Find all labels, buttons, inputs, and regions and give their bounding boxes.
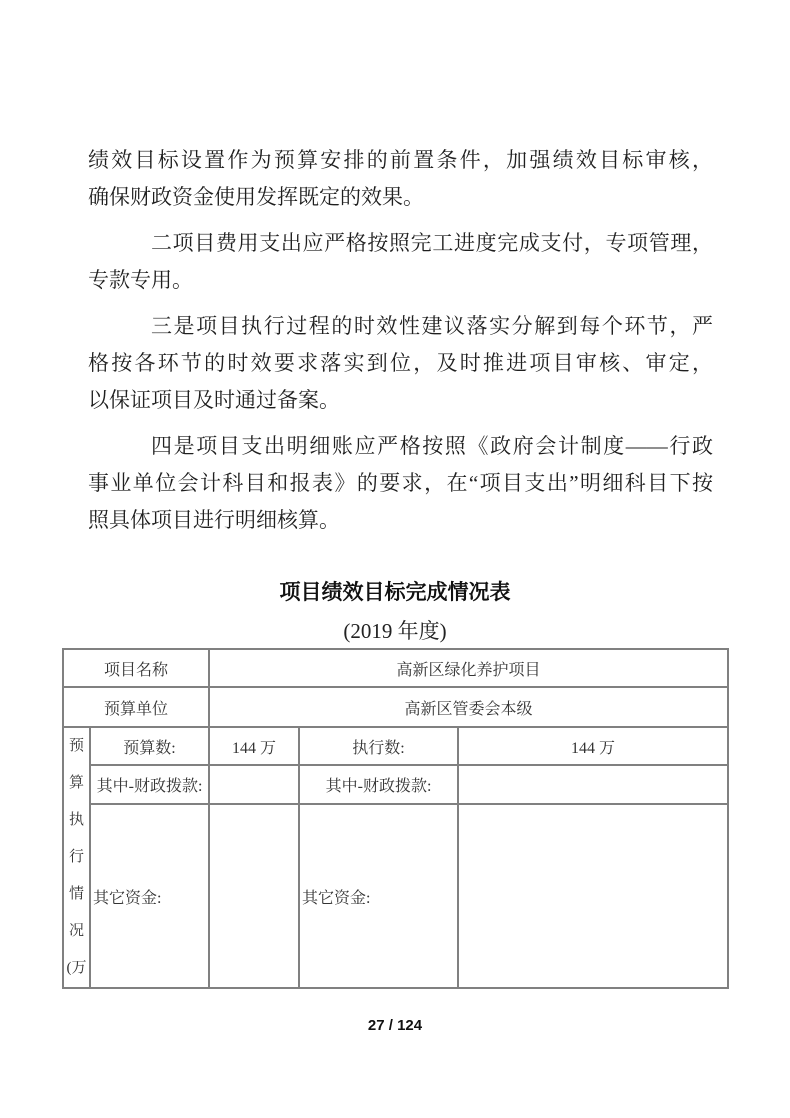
vertical-label-char: 执 xyxy=(69,813,84,828)
table-title: 项目绩效目标完成情况表 xyxy=(0,576,790,606)
project-name-value: 高新区绿化养护项目 xyxy=(209,649,728,687)
vertical-label-char: 情 xyxy=(69,887,84,902)
body-text: 绩效目标设置作为预算安排的前置条件，加强绩效目标审核， 确保财政资金使用发挥既定… xyxy=(88,142,713,539)
project-name-label: 项目名称 xyxy=(63,649,209,687)
paragraph: 绩效目标设置作为预算安排的前置条件，加强绩效目标审核， 确保财政资金使用发挥既定… xyxy=(88,142,713,216)
budget-execution-vertical-label: 预 算 执 行 情 况 (万 xyxy=(63,727,90,988)
budget-unit-label: 预算单位 xyxy=(63,687,209,727)
document-page: 绩效目标设置作为预算安排的前置条件，加强绩效目标审核， 确保财政资金使用发挥既定… xyxy=(0,0,790,1118)
text-line: 确保财政资金使用发挥既定的效果。 xyxy=(88,179,713,216)
vertical-label-char: 预 xyxy=(69,739,84,754)
vertical-label-stack: 预 算 执 行 情 况 (万 xyxy=(64,729,89,987)
text-line: 以保证项目及时通过备案。 xyxy=(88,382,713,419)
text-line: 绩效目标设置作为预算安排的前置条件，加强绩效目标审核， xyxy=(88,142,713,179)
other-funds-value-execution xyxy=(458,804,728,988)
paragraph: 三是项目执行过程的时效性建议落实分解到每个环节，严 格按各环节的时效要求落实到位… xyxy=(88,308,713,419)
other-funds-value-budget xyxy=(209,804,299,988)
paragraph: 二项目费用支出应严格按照完工进度完成支付，专项管理， 专款专用。 xyxy=(88,225,713,299)
vertical-label-char: 况 xyxy=(69,924,84,939)
table-row: 项目名称 高新区绿化养护项目 xyxy=(63,649,728,687)
budget-number-label: 预算数: xyxy=(90,727,209,765)
fiscal-allocation-label-budget: 其中-财政拨款: xyxy=(90,765,209,804)
table-row: 预算单位 高新区管委会本级 xyxy=(63,687,728,727)
paragraph: 四是项目支出明细账应严格按照《政府会计制度——行政 事业单位会计科目和报表》的要… xyxy=(88,428,713,539)
execution-number-value: 144 万 xyxy=(458,727,728,765)
performance-table: 项目名称 高新区绿化养护项目 预算单位 高新区管委会本级 预 算 执 行 情 况… xyxy=(62,648,729,989)
other-funds-label-execution: 其它资金: xyxy=(299,804,458,988)
budget-unit-value: 高新区管委会本级 xyxy=(209,687,728,727)
fiscal-allocation-label-execution: 其中-财政拨款: xyxy=(299,765,458,804)
text-line: 三是项目执行过程的时效性建议落实分解到每个环节，严 xyxy=(88,308,713,345)
text-line: 四是项目支出明细账应严格按照《政府会计制度——行政 xyxy=(88,428,713,465)
table-row: 其中-财政拨款: 其中-财政拨款: xyxy=(63,765,728,804)
text-line: 二项目费用支出应严格按照完工进度完成支付，专项管理， xyxy=(88,225,713,262)
text-line: 格按各环节的时效要求落实到位，及时推进项目审核、审定， xyxy=(88,345,713,382)
budget-number-value: 144 万 xyxy=(209,727,299,765)
execution-number-label: 执行数: xyxy=(299,727,458,765)
fiscal-allocation-value-budget xyxy=(209,765,299,804)
vertical-label-char: 行 xyxy=(69,850,84,865)
table-row: 预 算 执 行 情 况 (万 预算数: 144 万 执行数: 144 万 xyxy=(63,727,728,765)
other-funds-label-budget: 其它资金: xyxy=(90,804,209,988)
text-line: 事业单位会计科目和报表》的要求，在“项目支出”明细科目下按 xyxy=(88,465,713,502)
vertical-label-char: 算 xyxy=(69,776,84,791)
text-line: 照具体项目进行明细核算。 xyxy=(88,502,713,539)
vertical-label-char: (万 xyxy=(67,961,87,976)
page-number: 27 / 124 xyxy=(0,1017,790,1034)
table-row: 其它资金: 其它资金: xyxy=(63,804,728,988)
table-subtitle: (2019 年度) xyxy=(0,615,790,645)
fiscal-allocation-value-execution xyxy=(458,765,728,804)
text-line: 专款专用。 xyxy=(88,262,713,299)
